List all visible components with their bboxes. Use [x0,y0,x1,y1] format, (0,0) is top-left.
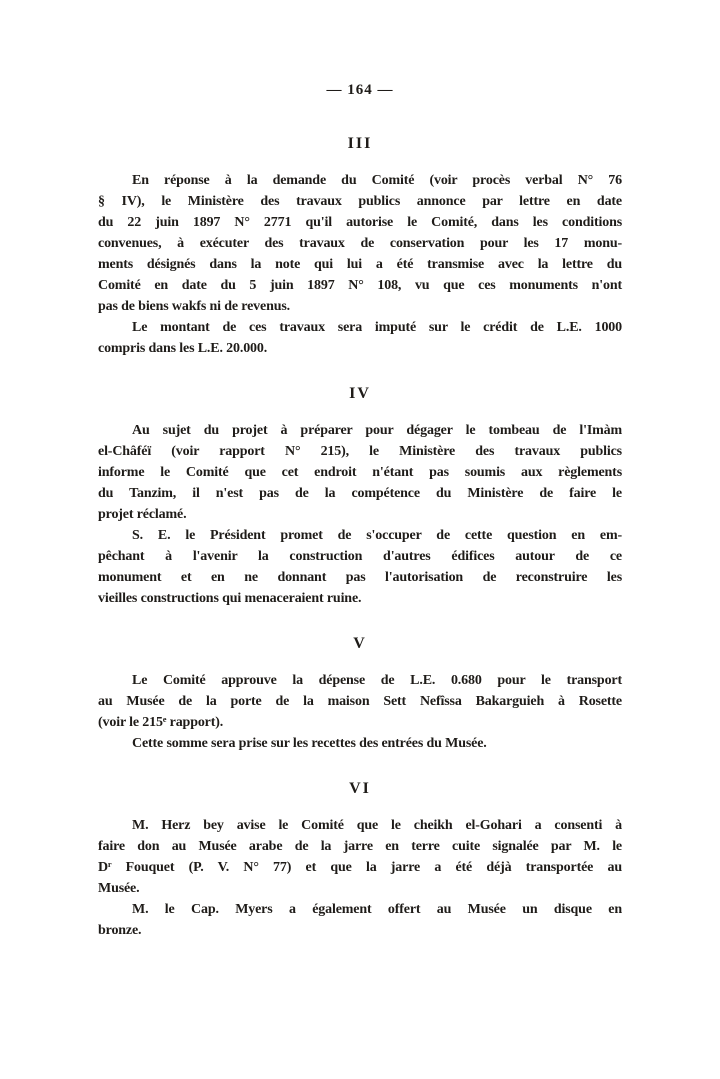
text-line: faire don au Musée arabe de la jarre en … [98,836,622,857]
text-line: monument et en ne donnant pas l'autorisa… [98,567,622,588]
text-line: vieilles constructions qui menaceraient … [98,588,622,609]
text-line: au Musée de la porte de la maison Sett N… [98,691,622,712]
text-line: Musée. [98,878,622,899]
page-number: — 164 — [0,80,720,101]
section-heading-III: III [98,133,622,154]
text-line: pas de biens wakfs ni de revenus. [98,296,622,317]
text-line: du Tanzim, il n'est pas de la compétence… [98,483,622,504]
paragraph: Au sujet du projet à préparer pour dégag… [98,420,622,525]
text-line: du 22 juin 1897 N° 2771 qu'il autorise l… [98,212,622,233]
text-line: Dʳ Fouquet (P. V. N° 77) et que la jarre… [98,857,622,878]
paragraph: S. E. le Président promet de s'occuper d… [98,525,622,609]
paragraph: M. Herz bey avise le Comité que le cheik… [98,815,622,899]
text-line: M. le Cap. Myers a également offert au M… [98,899,622,920]
paragraph: Le montant de ces travaux sera imputé su… [98,317,622,359]
paragraph: Le Comité approuve la dépense de L.E. 0.… [98,670,622,733]
page-content: IIIEn réponse à la demande du Comité (vo… [98,133,622,941]
text-line: Au sujet du projet à préparer pour dégag… [98,420,622,441]
text-line: S. E. le Président promet de s'occuper d… [98,525,622,546]
paragraph: M. le Cap. Myers a également offert au M… [98,899,622,941]
section-heading-VI: VI [98,778,622,799]
text-line: compris dans les L.E. 20.000. [98,338,622,359]
text-line: Le montant de ces travaux sera imputé su… [98,317,622,338]
text-line: En réponse à la demande du Comité (voir … [98,170,622,191]
paragraph: En réponse à la demande du Comité (voir … [98,170,622,317]
text-line: informe le Comité que cet endroit n'étan… [98,462,622,483]
text-line: M. Herz bey avise le Comité que le cheik… [98,815,622,836]
text-line: convenues, à exécuter des travaux de con… [98,233,622,254]
text-line: § IV), le Ministère des travaux publics … [98,191,622,212]
text-line: el-Châféï (voir rapport N° 215), le Mini… [98,441,622,462]
text-line: Cette somme sera prise sur les recettes … [98,733,622,754]
section-heading-V: V [98,633,622,654]
text-line: bronze. [98,920,622,941]
paragraph: Cette somme sera prise sur les recettes … [98,733,622,754]
text-line: Comité en date du 5 juin 1897 N° 108, vu… [98,275,622,296]
scanned-book-page: — 164 — IIIEn réponse à la demande du Co… [0,0,720,1079]
text-line: pêchant à l'avenir la construction d'aut… [98,546,622,567]
text-line: (voir le 215ᵉ rapport). [98,712,622,733]
section-heading-IV: IV [98,383,622,404]
text-line: projet réclamé. [98,504,622,525]
text-line: ments désignés dans la note qui lui a ét… [98,254,622,275]
text-line: Le Comité approuve la dépense de L.E. 0.… [98,670,622,691]
